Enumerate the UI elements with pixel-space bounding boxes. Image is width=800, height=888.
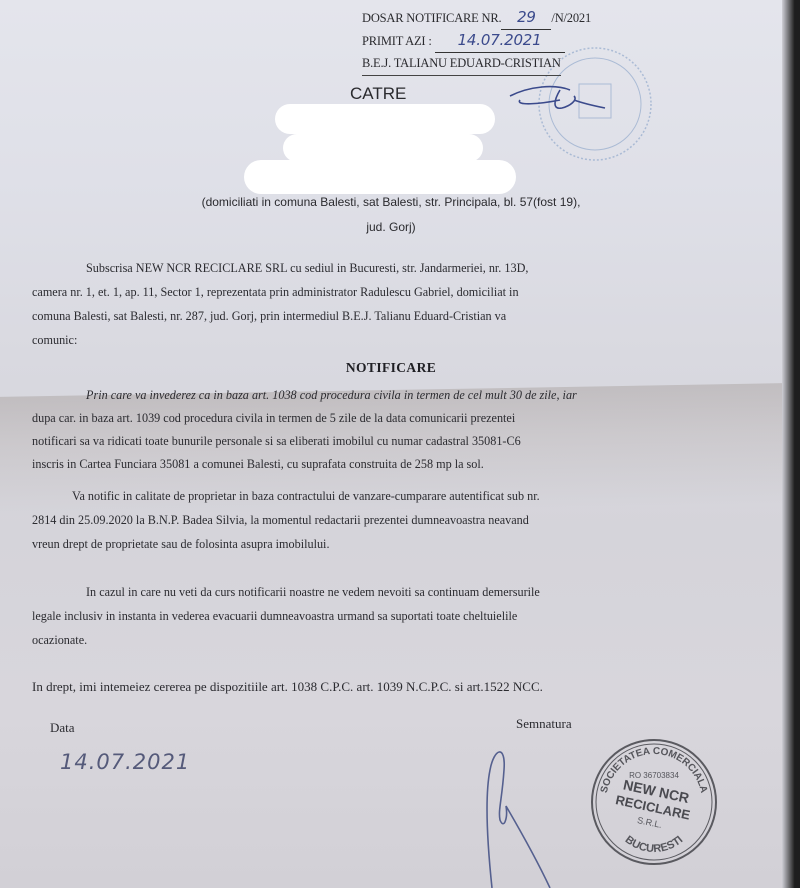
intro-paragraph: Subscrisa NEW NCR RECICLARE SRL cu sediu… (32, 256, 732, 352)
body-paragraph-4: In drept, imi intemeiez cererea pe dispo… (32, 676, 732, 698)
photo-edge (782, 0, 800, 888)
bej-signature (500, 78, 610, 118)
dosar-label: DOSAR NOTIFICARE NR. (362, 11, 501, 25)
body-line: In cazul in care nu veti da curs notific… (32, 580, 732, 604)
body-paragraph-1: Prin care va invederez ca in baza art. 1… (32, 384, 732, 476)
primit-date: 14.07.2021 (435, 29, 565, 53)
body-line: Prin care va invederez ca in baza art. 1… (32, 384, 732, 407)
document-page: DOSAR NOTIFICARE NR.29/N/2021 PRIMIT AZI… (0, 0, 782, 888)
body-line: ocazionate. (32, 628, 732, 652)
body-line: dupa car. in baza art. 1039 cod procedur… (32, 407, 732, 430)
redaction-bar (244, 160, 516, 194)
document-title: NOTIFICARE (0, 360, 782, 376)
body-line: 2814 din 25.09.2020 la B.N.P. Badea Silv… (32, 508, 732, 532)
dosar-number: 29 (501, 6, 551, 30)
stamp-outer-bottom: BUCURESTI (623, 834, 686, 855)
bej-name: B.E.J. TALIANU EDUARD-CRISTIAN (362, 52, 561, 76)
body-line: notificari sa va ridicati toate bunurile… (32, 430, 732, 453)
intro-line: comuna Balesti, sat Balesti, nr. 287, ju… (32, 304, 732, 328)
primit-label: PRIMIT AZI : (362, 34, 432, 48)
signature-label: Semnatura (516, 716, 572, 732)
body-paragraph-3: In cazul in care nu veti da curs notific… (32, 580, 732, 652)
recipient-address-line1: (domiciliati in comuna Balesti, sat Bale… (0, 195, 782, 209)
dosar-suffix: /N/2021 (551, 11, 591, 25)
handwritten-signature (480, 740, 560, 888)
redaction-bar (283, 134, 483, 162)
dosar-header: DOSAR NOTIFICARE NR.29/N/2021 PRIMIT AZI… (362, 6, 591, 76)
body-line: vreun drept de proprietate sau de folosi… (32, 532, 732, 556)
intro-line: comunic: (32, 328, 732, 352)
dosar-line: DOSAR NOTIFICARE NR.29/N/2021 (362, 6, 591, 29)
company-stamp: SOCIETATEA COMERCIALA BUCURESTI RO 36703… (588, 736, 720, 868)
handwritten-date: 14.07.2021 (60, 750, 190, 774)
body-line: legale inclusiv in instanta in vederea e… (32, 604, 732, 628)
primit-line: PRIMIT AZI : 14.07.2021 (362, 29, 591, 52)
intro-line: Subscrisa NEW NCR RECICLARE SRL cu sediu… (32, 256, 732, 280)
body-line: inscris in Cartea Funciara 35081 a comun… (32, 453, 732, 476)
body-line: Va notific in calitate de proprietar in … (32, 484, 732, 508)
body-line: In drept, imi intemeiez cererea pe dispo… (32, 676, 732, 698)
redaction-bar (275, 104, 495, 134)
recipient-address-line2: jud. Gorj) (0, 220, 782, 234)
stamp-line3: S.R.L. (636, 815, 663, 830)
catre-label: CATRE (350, 84, 406, 104)
svg-text:BUCURESTI: BUCURESTI (623, 834, 686, 855)
body-paragraph-2: Va notific in calitate de proprietar in … (32, 484, 732, 556)
intro-line: camera nr. 1, et. 1, ap. 11, Sector 1, r… (32, 280, 732, 304)
date-label: Data (50, 720, 75, 736)
